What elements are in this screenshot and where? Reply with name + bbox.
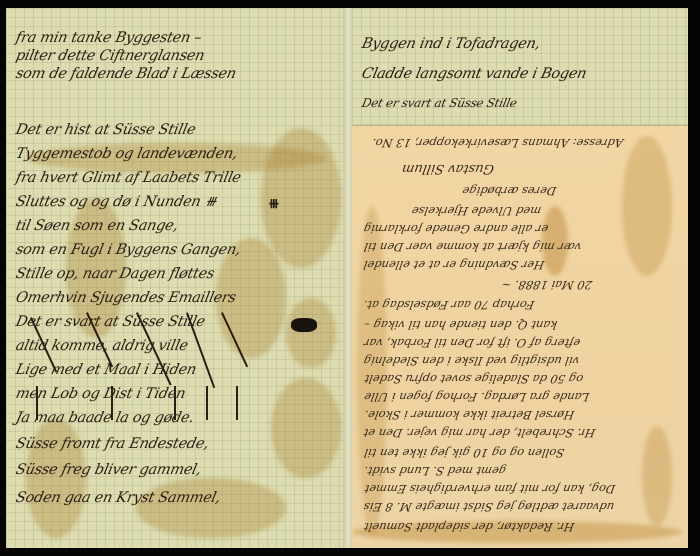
verse-line: Cladde langsomt vande i Bogen bbox=[360, 66, 588, 82]
right-page: Byggen ind i Tofadragen, Cladde langsomt… bbox=[352, 8, 688, 548]
note-line: og 50 da Sladelige sovet opfru Sadelt bbox=[363, 372, 584, 386]
note-line: Her Sævdning er at et ellendel bbox=[363, 258, 546, 272]
verse-line: Stille op, naar Dagen fløttes bbox=[14, 266, 215, 282]
note-address: Adresse: Ahmans Læsevirkekopper, 13 No. bbox=[371, 136, 624, 150]
note-closing: Deres ærbødige bbox=[461, 184, 557, 198]
verse-line-struck: Lige med et Maal i Hiden bbox=[14, 362, 197, 378]
stain bbox=[136, 478, 286, 538]
verse-line: Det er svart at Süsse Stille bbox=[361, 96, 519, 110]
note-line: med Ulvede Hjerkelse bbox=[411, 204, 543, 218]
note-line: udvaaret ædtløg jeg Sidst imægte M. 8 Ei… bbox=[363, 500, 616, 514]
stain bbox=[271, 378, 341, 478]
note-date: 20 Mai 1888. ~ bbox=[501, 278, 594, 292]
note-line: Hr. Schrebelt, der har mig vejer. Den et bbox=[363, 426, 597, 440]
verse-line: til Søen som en Sange, bbox=[14, 218, 179, 234]
note-line: Lande gra Lørdag. Forhog fogen i Ulle bbox=[363, 390, 590, 404]
verse-line: Sluttes og og dø i Nunden ⧻ bbox=[14, 194, 218, 210]
note-line: Forhap 70 aar Fødselsdag at. bbox=[363, 298, 536, 312]
note-signature: Gustav Sillum bbox=[401, 161, 496, 176]
verse-line: Omerhvin Sjugendes Emaillers bbox=[14, 290, 237, 306]
note-line: vil udsigtlig ved Ilske i den Sledelnig bbox=[363, 354, 581, 368]
verse-line: Tyggemestob og landevænden, bbox=[14, 146, 239, 162]
strikethrough-mark bbox=[111, 386, 113, 420]
note-line: vær mig kjært at komme vaer Den til bbox=[363, 240, 582, 254]
note-line: Sollen og og 10 gik jeg ikke ten til bbox=[363, 446, 565, 460]
verse-line: Byggen ind i Tofadragen, bbox=[360, 36, 541, 52]
tally-mark-icon: ⧻ bbox=[268, 196, 280, 212]
pasted-note: Hr. Redaktør, der sidepladt Samuelt udva… bbox=[352, 126, 688, 548]
verse-line: Süsse freg bliver gammel, bbox=[14, 462, 202, 478]
note-line: kant Q. den tiende han til vikag – bbox=[363, 318, 558, 332]
strikethrough-mark bbox=[36, 386, 38, 420]
verse-line: som en Fugl i Byggens Gangen, bbox=[14, 242, 242, 258]
verse-line: fra hvert Glimt af Laabets Trille bbox=[14, 170, 242, 186]
note-line: er alle andre Genede forklarnig bbox=[363, 222, 550, 236]
verse-line: Ja maa baade la og gøde. bbox=[14, 410, 195, 426]
verse-line: Soden gaa en Kryst Sammel, bbox=[14, 490, 222, 506]
verse-line: Süsse fromt fra Endestede, bbox=[14, 436, 210, 452]
verse-line: pilter dette Ciftnerglansen bbox=[14, 48, 206, 64]
verse-line: fra min tanke Byggesten – bbox=[14, 30, 203, 46]
note-line: efterg af O. ift for Den til Forbak, var bbox=[363, 336, 582, 350]
strikethrough-mark bbox=[236, 386, 238, 420]
note-line: Hørsel Betreit ikke kommer i Skole. bbox=[363, 408, 575, 422]
note-text-rotated: Hr. Redaktør, der sidepladt Samuelt udva… bbox=[352, 126, 688, 548]
stain bbox=[286, 298, 336, 368]
verse-line-struck: Det er svart at Süsse Stille bbox=[14, 314, 206, 330]
verse-line: som de faldende Blad i Læssen bbox=[14, 66, 237, 82]
strikethrough-mark bbox=[174, 386, 176, 420]
verse-line: Det er hist at Süsse Stille bbox=[14, 122, 197, 138]
note-line: Dog, kan for mit fam erhverdigheis Emmet bbox=[363, 482, 616, 496]
note-line: gemt med S. Lund svidt. bbox=[363, 464, 508, 478]
verse-line-struck: men Lob og Dist i Tiden bbox=[14, 386, 187, 402]
ink-blot bbox=[291, 318, 317, 332]
left-page: fra min tanke Byggesten – pilter dette C… bbox=[6, 8, 346, 548]
strikethrough-mark bbox=[206, 386, 208, 420]
manuscript-spread: fra min tanke Byggesten – pilter dette C… bbox=[6, 8, 694, 548]
note-line: Hr. Redaktør, der sidepladt Samuelt bbox=[363, 520, 576, 534]
